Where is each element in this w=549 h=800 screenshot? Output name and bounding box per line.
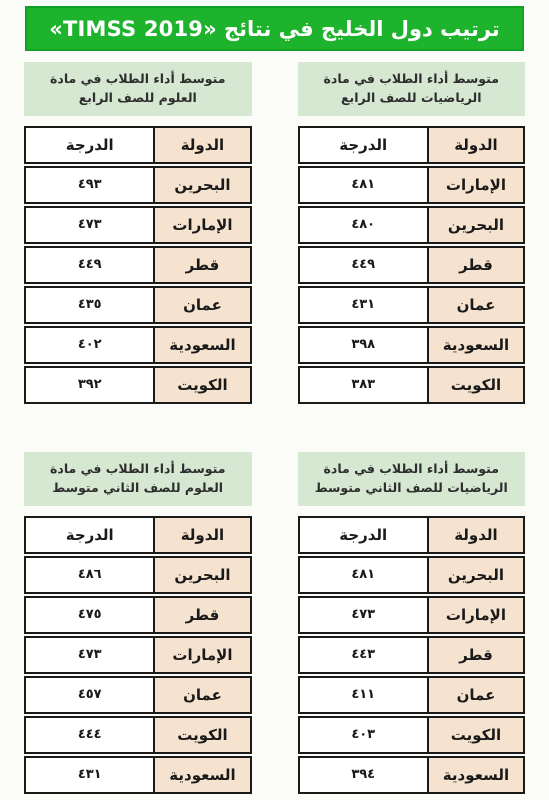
table-header-row: الدولة الدرجة	[298, 126, 526, 164]
table-math-grade4: متوسط أداء الطلاب في مادة الرياضيات للصف…	[298, 62, 526, 406]
table-row: الإمارات٤٧٣	[24, 636, 252, 674]
subtitle-line2: الرياضيات للصف الثاني متوسط	[302, 478, 522, 497]
table-row: قطر٤٤٣	[298, 636, 526, 674]
country-cell: قطر	[427, 638, 523, 672]
country-cell: عمان	[427, 678, 523, 712]
table-row: البحرين٤٨٠	[298, 206, 526, 244]
table-subtitle: متوسط أداء الطلاب في مادة الرياضيات للصف…	[298, 62, 526, 116]
score-cell: ٤٧٣	[26, 638, 153, 672]
score-cell: ٤٨٠	[300, 208, 427, 242]
country-cell: السعودية	[427, 328, 523, 362]
score-cell: ٤٧٣	[26, 208, 153, 242]
score-cell: ٣٩٤	[300, 758, 427, 792]
country-cell: الإمارات	[427, 168, 523, 202]
score-cell: ٤٨١	[300, 558, 427, 592]
table-header-row: الدولة الدرجة	[24, 516, 252, 554]
score-cell: ٤٨١	[300, 168, 427, 202]
country-cell: الكويت	[427, 368, 523, 402]
table-row: السعودية٤٠٢	[24, 326, 252, 364]
country-cell: السعودية	[153, 758, 249, 792]
subtitle-line2: الرياضيات للصف الرابع	[302, 88, 522, 107]
country-cell: البحرين	[153, 168, 249, 202]
table-subtitle: متوسط أداء الطلاب في مادة العلوم للصف ال…	[24, 452, 252, 506]
table-row: السعودية٤٣١	[24, 756, 252, 794]
table-row: البحرين٤٨١	[298, 556, 526, 594]
score-cell: ٤٣٥	[26, 288, 153, 322]
country-cell: عمان	[153, 288, 249, 322]
page-title: ترتيب دول الخليج في نتائج «TIMSS 2019»	[25, 6, 524, 51]
data-table: الدولة الدرجة البحرين٤٩٣الإمارات٤٧٣قطر٤٤…	[24, 126, 252, 404]
table-science-grade4: متوسط أداء الطلاب في مادة العلوم للصف ال…	[24, 62, 252, 406]
table-subtitle: متوسط أداء الطلاب في مادة الرياضيات للصف…	[298, 452, 526, 506]
country-cell: قطر	[153, 248, 249, 282]
table-science-grade8: متوسط أداء الطلاب في مادة العلوم للصف ال…	[24, 452, 252, 796]
column-header-score: الدرجة	[26, 128, 153, 162]
table-row: قطر٤٤٩	[298, 246, 526, 284]
table-row: السعودية٣٩٤	[298, 756, 526, 794]
country-cell: عمان	[153, 678, 249, 712]
table-row: الكويت٣٩٢	[24, 366, 252, 404]
table-row: عمان٤١١	[298, 676, 526, 714]
table-row: عمان٤٥٧	[24, 676, 252, 714]
table-row: الإمارات٤٧٣	[298, 596, 526, 634]
score-cell: ٤٤٤	[26, 718, 153, 752]
score-cell: ٤٧٣	[300, 598, 427, 632]
country-cell: قطر	[427, 248, 523, 282]
table-row: عمان٤٣١	[298, 286, 526, 324]
data-table: الدولة الدرجة الإمارات٤٨١البحرين٤٨٠قطر٤٤…	[298, 126, 526, 404]
country-cell: الإمارات	[153, 638, 249, 672]
country-cell: الكويت	[427, 718, 523, 752]
score-cell: ٣٨٣	[300, 368, 427, 402]
subtitle-line2: العلوم للصف الرابع	[28, 88, 248, 107]
subtitle-line2: العلوم للصف الثاني متوسط	[28, 478, 248, 497]
table-row: عمان٤٣٥	[24, 286, 252, 324]
column-header-score: الدرجة	[26, 518, 153, 552]
data-table: الدولة الدرجة البحرين٤٨١الإمارات٤٧٣قطر٤٤…	[298, 516, 526, 794]
column-header-country: الدولة	[153, 128, 249, 162]
table-row: البحرين٤٨٦	[24, 556, 252, 594]
country-cell: البحرين	[153, 558, 249, 592]
score-cell: ٤٧٥	[26, 598, 153, 632]
country-cell: عمان	[427, 288, 523, 322]
score-cell: ٤٤٣	[300, 638, 427, 672]
score-cell: ٤٤٩	[300, 248, 427, 282]
table-row: الكويت٤٠٣	[298, 716, 526, 754]
subtitle-line1: متوسط أداء الطلاب في مادة	[28, 459, 248, 478]
country-cell: السعودية	[427, 758, 523, 792]
country-cell: الكويت	[153, 718, 249, 752]
column-header-country: الدولة	[427, 128, 523, 162]
table-header-row: الدولة الدرجة	[298, 516, 526, 554]
column-header-country: الدولة	[427, 518, 523, 552]
country-cell: قطر	[153, 598, 249, 632]
score-cell: ٤٥٧	[26, 678, 153, 712]
table-row: الإمارات٤٧٣	[24, 206, 252, 244]
column-header-country: الدولة	[153, 518, 249, 552]
column-header-score: الدرجة	[300, 128, 427, 162]
subtitle-line1: متوسط أداء الطلاب في مادة	[28, 69, 248, 88]
table-header-row: الدولة الدرجة	[24, 126, 252, 164]
table-row: السعودية٣٩٨	[298, 326, 526, 364]
column-header-score: الدرجة	[300, 518, 427, 552]
score-cell: ٤٣١	[26, 758, 153, 792]
table-row: البحرين٤٩٣	[24, 166, 252, 204]
country-cell: البحرين	[427, 208, 523, 242]
table-row: قطر٤٤٩	[24, 246, 252, 284]
table-math-grade8: متوسط أداء الطلاب في مادة الرياضيات للصف…	[298, 452, 526, 796]
country-cell: الإمارات	[153, 208, 249, 242]
country-cell: السعودية	[153, 328, 249, 362]
subtitle-line1: متوسط أداء الطلاب في مادة	[302, 69, 522, 88]
country-cell: الإمارات	[427, 598, 523, 632]
country-cell: الكويت	[153, 368, 249, 402]
score-cell: ٣٩٢	[26, 368, 153, 402]
table-row: الكويت٣٨٣	[298, 366, 526, 404]
table-row: الإمارات٤٨١	[298, 166, 526, 204]
data-table: الدولة الدرجة البحرين٤٨٦قطر٤٧٥الإمارات٤٧…	[24, 516, 252, 794]
score-cell: ٤٤٩	[26, 248, 153, 282]
table-subtitle: متوسط أداء الطلاب في مادة العلوم للصف ال…	[24, 62, 252, 116]
score-cell: ٤٨٦	[26, 558, 153, 592]
score-cell: ٤٩٣	[26, 168, 153, 202]
tables-row-grade4: متوسط أداء الطلاب في مادة الرياضيات للصف…	[0, 62, 549, 406]
country-cell: البحرين	[427, 558, 523, 592]
score-cell: ٤٣١	[300, 288, 427, 322]
score-cell: ٣٩٨	[300, 328, 427, 362]
tables-row-grade8: متوسط أداء الطلاب في مادة الرياضيات للصف…	[0, 452, 549, 796]
score-cell: ٤١١	[300, 678, 427, 712]
table-row: قطر٤٧٥	[24, 596, 252, 634]
table-row: الكويت٤٤٤	[24, 716, 252, 754]
score-cell: ٤٠٢	[26, 328, 153, 362]
subtitle-line1: متوسط أداء الطلاب في مادة	[302, 459, 522, 478]
score-cell: ٤٠٣	[300, 718, 427, 752]
